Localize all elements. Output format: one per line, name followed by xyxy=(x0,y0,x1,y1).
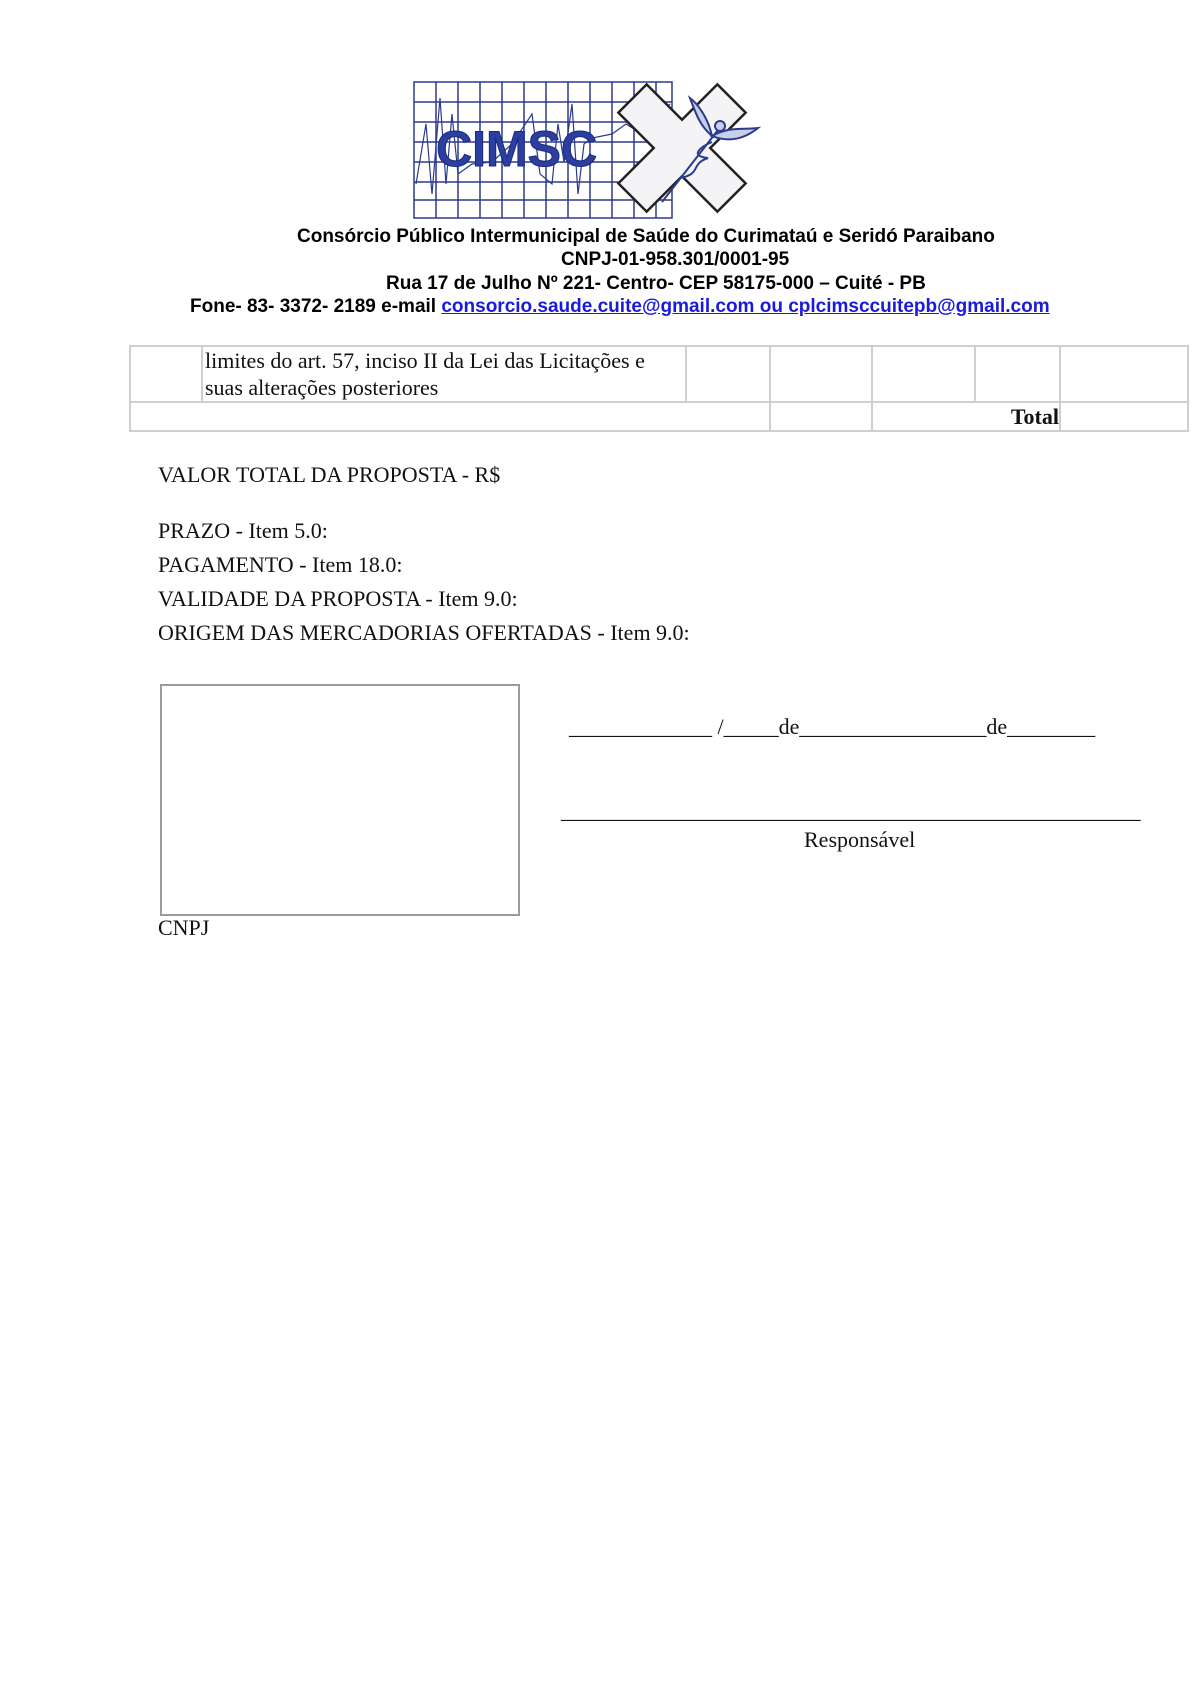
total-row-blank xyxy=(770,402,872,431)
prazo-label: PRAZO - Item 5.0: xyxy=(158,518,328,544)
unit-cell xyxy=(686,346,770,402)
total-price-cell xyxy=(1060,346,1188,402)
description-line: limites do art. 57, inciso II da Lei das… xyxy=(205,347,685,374)
org-contact: Fone- 83- 3372- 2189 e-mail consorcio.sa… xyxy=(190,295,1050,318)
brand-cell xyxy=(872,346,975,402)
origem-label: ORIGEM DAS MERCADORIAS OFERTADAS - Item … xyxy=(158,620,690,646)
svg-text:CIMSC: CIMSC xyxy=(436,121,597,177)
total-row-blank xyxy=(130,402,770,431)
email-link[interactable]: consorcio.saude.cuite@gmail.com ou cplci… xyxy=(441,296,1049,317)
quantity-cell xyxy=(770,346,872,402)
company-stamp-box xyxy=(160,684,520,916)
items-table: limites do art. 57, inciso II da Lei das… xyxy=(129,345,1189,432)
cnpj-label: CNPJ xyxy=(158,915,209,941)
signature-line: ________________________________________… xyxy=(561,798,1141,824)
table-row: limites do art. 57, inciso II da Lei das… xyxy=(130,346,1188,402)
unit-price-cell xyxy=(975,346,1060,402)
responsavel-label: Responsável xyxy=(804,827,915,853)
pagamento-label: PAGAMENTO - Item 18.0: xyxy=(158,552,402,578)
phone-text: Fone- 83- 3372- 2189 e-mail xyxy=(190,296,441,317)
description-line: suas alterações posteriores xyxy=(205,374,685,401)
item-number-cell xyxy=(130,346,202,402)
total-label: Total xyxy=(872,402,1060,431)
org-cnpj: CNPJ-01-958.301/0001-95 xyxy=(561,248,789,271)
date-line: _____________ /_____de_________________d… xyxy=(569,714,1095,740)
total-row: Total xyxy=(130,402,1188,431)
cimsc-logo: CIMSC xyxy=(412,74,774,222)
org-address: Rua 17 de Julho Nº 221- Centro- CEP 5817… xyxy=(386,272,926,295)
valor-total-label: VALOR TOTAL DA PROPOSTA - R$ xyxy=(158,462,500,488)
org-name: Consórcio Público Intermunicipal de Saúd… xyxy=(297,225,995,248)
total-value xyxy=(1060,402,1188,431)
item-description-cell: limites do art. 57, inciso II da Lei das… xyxy=(202,346,686,402)
validade-label: VALIDADE DA PROPOSTA - Item 9.0: xyxy=(158,586,518,612)
